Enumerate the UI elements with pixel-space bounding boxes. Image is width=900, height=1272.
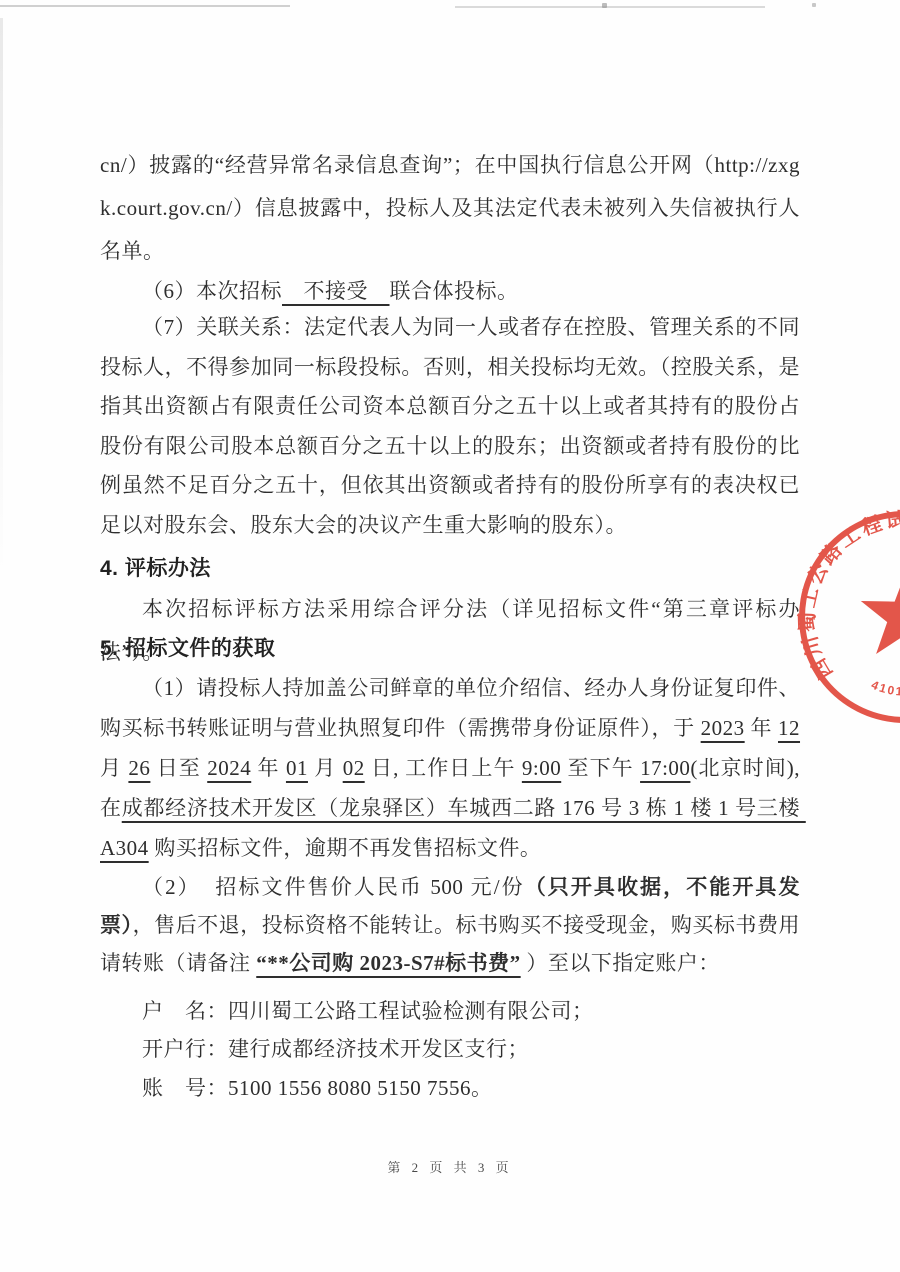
text-run: 购买招标文件，逾期不再发售招标文件。 — [149, 836, 542, 860]
text-run: 日至 — [150, 756, 207, 780]
account-bank: 开户行：建行成都经济技术开发区支行； — [100, 1030, 800, 1068]
text-run: （6）本次招标 — [142, 279, 282, 303]
item-5-1: （1）请投标人持加盖公司鲜章的单位介绍信、经办人身份证复印件、购买标书转账证明与… — [100, 668, 800, 868]
scan-artifact-edge — [0, 18, 3, 578]
seal-company-text: 四川蜀工公路工程试验检测有限公司 — [790, 502, 900, 685]
star-icon — [859, 568, 900, 656]
heading-4: 4. 评标办法 — [100, 547, 800, 590]
item-7: （7）关联关系：法定代表人为同一人或者存在控股、管理关系的不同投标人，不得参加同… — [100, 308, 800, 546]
text-run: cn/）披露的“经营异常名录信息查询”；在中国执行信息公开网（http://zx… — [100, 153, 800, 263]
text-run: 2023 — [701, 716, 745, 740]
prev-page-continuation: cn/）披露的“经营异常名录信息查询”；在中国执行信息公开网（http://zx… — [100, 144, 800, 273]
text-run: 02 — [343, 756, 365, 780]
text-run: （2） 招标文件售价人民币 500 元/份 — [142, 875, 525, 899]
text-run: 5. 招标文件的获取 — [100, 637, 275, 660]
item-5-2: （2） 招标文件售价人民币 500 元/份（只开具收据，不能开具发票），售后不退… — [100, 868, 800, 982]
text-run: 年 — [251, 756, 286, 780]
text-run: 户 名：四川蜀工公路工程试验检测有限公司； — [142, 999, 594, 1023]
text-run: 2024 — [207, 756, 251, 780]
seal-graphic: 四川蜀工公路工程试验检测有限公司 410100830299 — [790, 502, 900, 732]
text-run: 开户行：建行成都经济技术开发区支行； — [142, 1037, 529, 1061]
text-run: “**公司购 2023-S7#标书费” — [256, 951, 520, 975]
scan-artifact-line — [0, 5, 290, 7]
text-run: （1）请投标人持加盖公司鲜章的单位介绍信、经办人身份证复印件、购买标书转账证明与… — [100, 676, 800, 740]
page-number: 第 2 页 共 3 页 — [100, 1157, 800, 1176]
seal-serial-text: 410100830299 — [867, 658, 900, 707]
text-run: 联合体投标。 — [390, 279, 519, 303]
text-run: 月 — [308, 756, 343, 780]
account-name: 户 名：四川蜀工公路工程试验检测有限公司； — [100, 992, 800, 1030]
scan-artifact-speck — [602, 3, 607, 8]
text-run: ）至以下指定账户： — [521, 951, 720, 975]
text-run: 9:00 — [522, 756, 561, 780]
text-run: 4. 评标办法 — [100, 557, 211, 580]
text-run: 至下午 — [561, 756, 640, 780]
text-run: 日, 工作日上午 — [365, 756, 522, 780]
text-run: （7）关联关系：法定代表人为同一人或者存在控股、管理关系的不同投标人，不得参加同… — [100, 315, 800, 537]
scan-artifact-speck — [812, 3, 816, 7]
text-run: 26 — [128, 756, 150, 780]
account-number: 账 号：5100 1556 8080 5150 7556。 — [100, 1069, 800, 1107]
text-run: 不接受 — [282, 279, 390, 303]
item-6: （6）本次招标 不接受 联合体投标。 — [100, 270, 800, 313]
scan-artifact-line — [455, 6, 765, 8]
text-run: 年 — [745, 716, 778, 740]
text-run: 账 号：5100 1556 8080 5150 7556。 — [142, 1076, 493, 1100]
document-page: cn/）披露的“经营异常名录信息查询”；在中国执行信息公开网（http://zx… — [0, 0, 900, 1272]
text-run: 17:00 — [640, 756, 690, 780]
text-run: 01 — [286, 756, 308, 780]
heading-5: 5. 招标文件的获取 — [100, 627, 800, 670]
company-seal: 四川蜀工公路工程试验检测有限公司 410100830299 — [790, 502, 900, 732]
